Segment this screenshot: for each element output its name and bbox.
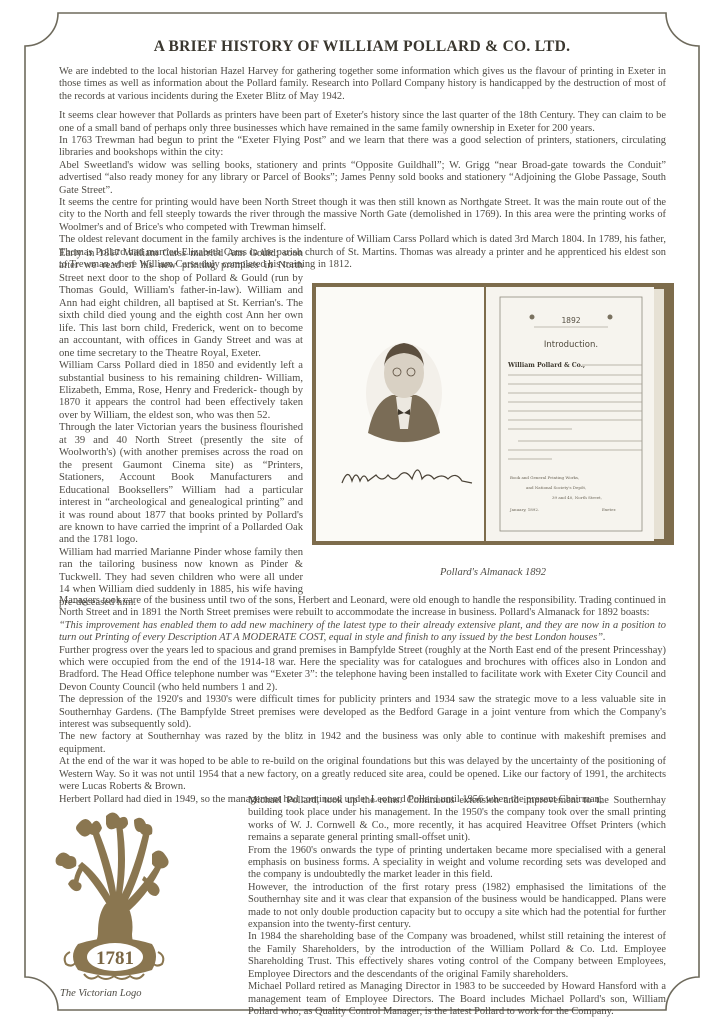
- almanack-caption: Pollard's Almanack 1892: [312, 567, 674, 578]
- page-title: A BRIEF HISTORY OF WILLIAM POLLARD & CO.…: [0, 38, 724, 56]
- paragraph: Further progress over the years led to s…: [59, 645, 666, 695]
- svg-text:Exeter.: Exeter.: [602, 507, 616, 512]
- svg-text:William Pollard & Co.,: William Pollard & Co.,: [507, 362, 585, 369]
- svg-text:Book and General Printing Work: Book and General Printing Works,: [510, 475, 579, 480]
- paragraph: In 1984 the shareholding base of the Com…: [248, 931, 666, 981]
- middle-section: Managers took care of the business until…: [59, 595, 666, 806]
- paragraph: It seems the centre for printing would h…: [59, 197, 666, 234]
- left-column: Early in 1817 William Carss married Ann …: [59, 248, 303, 609]
- paragraph: At the end of the war it was hoped to be…: [59, 756, 666, 793]
- paragraph: Michael Pollard, took up the reins. Cont…: [248, 795, 666, 845]
- paragraph: We are indebted to the local historian H…: [59, 66, 666, 103]
- svg-text:Introduction.: Introduction.: [544, 340, 598, 350]
- svg-text:39 and 40, North Street,: 39 and 40, North Street,: [552, 495, 602, 500]
- paragraph: Early in 1817 William Carss married Ann …: [59, 248, 303, 360]
- paragraph: In 1763 Trewman had begun to print the “…: [59, 135, 666, 160]
- paragraph: However, the introduction of the first r…: [248, 882, 666, 932]
- svg-text:1781: 1781: [96, 948, 134, 969]
- almanack-quote: “This improvement has enabled them to ad…: [59, 620, 666, 645]
- lower-right-column: Michael Pollard, took up the reins. Cont…: [248, 795, 666, 1018]
- paragraph: William Carss Pollard died in 1850 and e…: [59, 360, 303, 422]
- paragraph: Managers took care of the business until…: [59, 595, 666, 620]
- intro-section: We are indebted to the local historian H…: [59, 66, 666, 272]
- paragraph: Abel Sweetland's widow was selling books…: [59, 160, 666, 197]
- paragraph: It seems clear however that Pollards as …: [59, 110, 666, 135]
- paragraph: Through the later Victorian years the bu…: [59, 422, 303, 547]
- paragraph: The depression of the 1920's and 1930's …: [59, 694, 666, 731]
- paragraph: The new factory at Southernhay was razed…: [59, 731, 666, 756]
- almanack-photo: 1892 Introduction. William Pollard & Co.…: [312, 283, 674, 545]
- paragraph: Michael Pollard retired as Managing Dire…: [248, 981, 666, 1018]
- svg-text:and National Society's Depôt,: and National Society's Depôt,: [526, 485, 586, 490]
- svg-text:January, 1892.: January, 1892.: [509, 507, 539, 512]
- paragraph: From the 1960's onwards the type of prin…: [248, 845, 666, 882]
- portrait-engraving: [366, 343, 442, 443]
- logo-caption: The Victorian Logo: [60, 988, 141, 999]
- pollarded-oak-logo-icon: 1781: [48, 810, 178, 990]
- svg-text:1892: 1892: [561, 316, 580, 325]
